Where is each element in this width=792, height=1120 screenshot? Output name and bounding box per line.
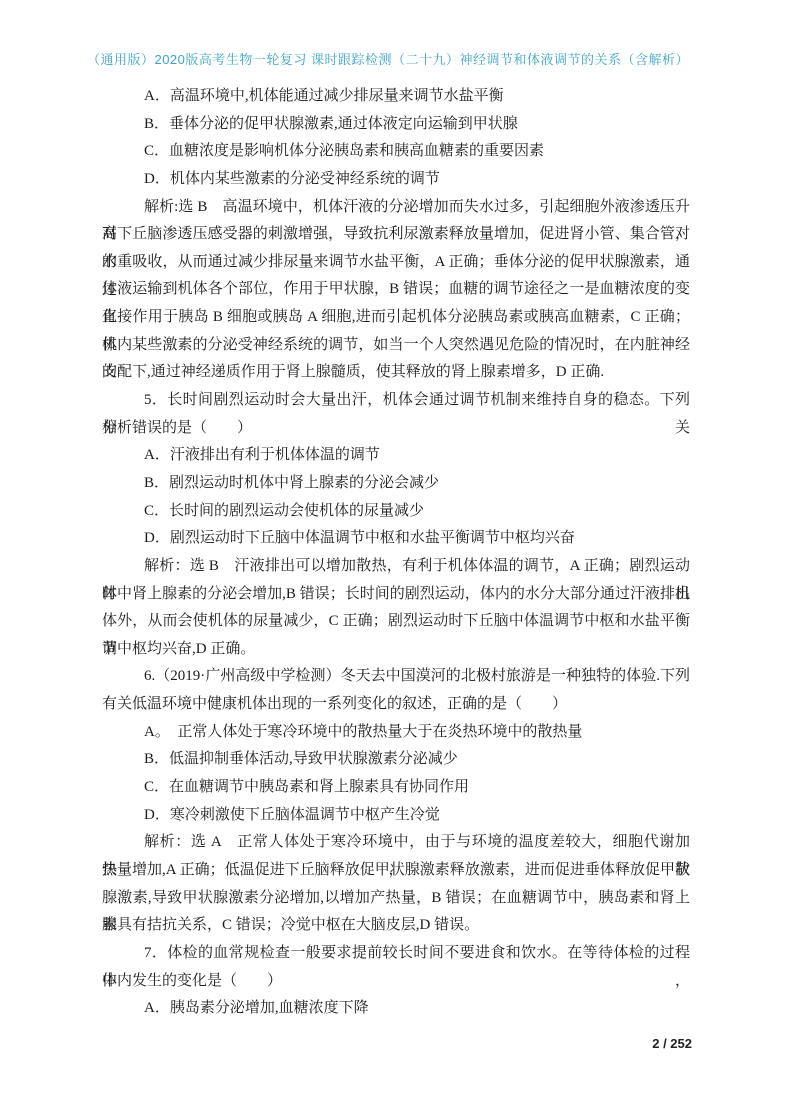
q5-analysis-line: 体中肾上腺素的分泌会增加,B 错误；长时间的剧烈运动，体内的水分大部分通过汗液排…	[102, 581, 690, 609]
q5-option-d-line: D．剧烈运动时下丘脑中体温调节中枢和水盐平衡调节中枢均兴奋	[102, 525, 690, 553]
q6-stem-line: 6.（2019·广州高级中学检测）冬天去中国漠河的北极村旅游是一种独特的体验.下…	[102, 663, 690, 691]
q5-option-c-line: C．长时间的剧烈运动会使机体的尿量减少	[102, 498, 690, 526]
q5-stem-line: 5．长时间剧烈运动时会大量出汗，机体会通过调节机制来维持自身的稳态。下列相关	[102, 387, 690, 415]
q5-analysis-line: 节中枢均兴奋,D 正确。	[102, 636, 690, 664]
q4-option-d-line: D．机体内某些激素的分泌受神经系统的调节	[102, 166, 690, 194]
q6-analysis-line: 腺激素,导致甲状腺激素分泌增加,以增加产热量，B 错误；在血糖调节中，胰岛素和肾…	[102, 885, 690, 913]
q6-option-c-line: C．在血糖调节中胰岛素和肾上腺素具有协同作用	[102, 774, 690, 802]
q4-analysis-line: 解析:选 B 高温环境中，机体汗液的分泌增加而失水过多，引起细胞外液渗透压升高，	[102, 194, 690, 222]
q7-option-a-line: A．胰岛素分泌增加,血糖浓度下降	[102, 995, 690, 1023]
document-body: A．高温环境中,机体能通过减少排尿量来调节水盐平衡 B．垂体分泌的促甲状腺激素,…	[102, 83, 690, 1023]
q4-analysis-line: 的重吸收，从而通过减少排尿量来调节水盐平衡，A 正确；垂体分泌的促甲状腺激素，通…	[102, 249, 690, 277]
q4-analysis-line: 对下丘脑渗透压感受器的刺激增强，导致抗利尿激素释放量增加，促进肾小管、集合管对水	[102, 221, 690, 249]
q6-analysis-line: 素具有拮抗关系，C 错误；冷觉中枢在大脑皮层,D 错误。	[102, 912, 690, 940]
document-title: （通用版）2020版高考生物一轮复习 课时跟踪检测（二十九）神经调节和体液调节的…	[86, 51, 690, 68]
q4-analysis-line: 体液运输到机体各个部位，作用于甲状腺，B 错误；血糖的调节途径之一是血糖浓度的变…	[102, 276, 690, 304]
q6-option-a-line: A。 正常人体处于寒冷环境中的散热量大于在炎热环境中的散热量	[102, 719, 690, 747]
q7-stem-line: 7．体检的血常规检查一般要求提前较长时间不要进食和饮水。在等待体检的过程中，	[102, 940, 690, 968]
q5-analysis-line: 解析：选 B 汗液排出可以增加散热，有利于机体体温的调节，A 正确；剧烈运动时机	[102, 553, 690, 581]
page-number: 2 / 252	[652, 1036, 692, 1051]
q5-analysis-line: 体外，从而会使机体的尿量减少，C 正确；剧烈运动时下丘脑中体温调节中枢和水盐平衡…	[102, 608, 690, 636]
q6-stem-line: 有关低温环境中健康机体出现的一系列变化的叙述，正确的是（ ）	[102, 691, 690, 719]
q5-option-a-line: A．汗液排出有利于机体体温的调节	[102, 442, 690, 470]
q4-analysis-line: 体内某些激素的分泌受神经系统的调节，如当一个人突然遇见危险的情况时，在内脏神经的	[102, 332, 690, 360]
q4-analysis-line: 支配下,通过神经递质作用于肾上腺髓质，使其释放的肾上腺素增多，D 正确.	[102, 359, 690, 387]
q6-analysis-line: 热量增加,A 正确；低温促进下丘脑释放促甲状腺激素释放激素，进而促进垂体释放促甲…	[102, 857, 690, 885]
document-page: （通用版）2020版高考生物一轮复习 课时跟踪检测（二十九）神经调节和体液调节的…	[0, 0, 792, 1120]
q6-option-d-line: D．寒冷刺激使下丘脑体温调节中枢产生冷觉	[102, 802, 690, 830]
q5-option-b-line: B．剧烈运动时机体中肾上腺素的分泌会减少	[102, 470, 690, 498]
q4-option-b-line: B．垂体分泌的促甲状腺激素,通过体液定向运输到甲状腺	[102, 111, 690, 139]
q4-analysis-line: 直接作用于胰岛 B 细胞或胰岛 A 细胞,进而引起机体分泌胰岛素或胰高血糖素，C…	[102, 304, 690, 332]
q6-analysis-line: 解析：选 A 正常人体处于寒冷环境中，由于与环境的温度差较大，细胞代谢加快，散	[102, 829, 690, 857]
q4-option-a-line: A．高温环境中,机体能通过减少排尿量来调节水盐平衡	[102, 83, 690, 111]
q6-option-b-line: B．低温抑制垂体活动,导致甲状腺激素分泌减少	[102, 746, 690, 774]
q4-option-c-line: C．血糖浓度是影响机体分泌胰岛素和胰高血糖素的重要因素	[102, 138, 690, 166]
